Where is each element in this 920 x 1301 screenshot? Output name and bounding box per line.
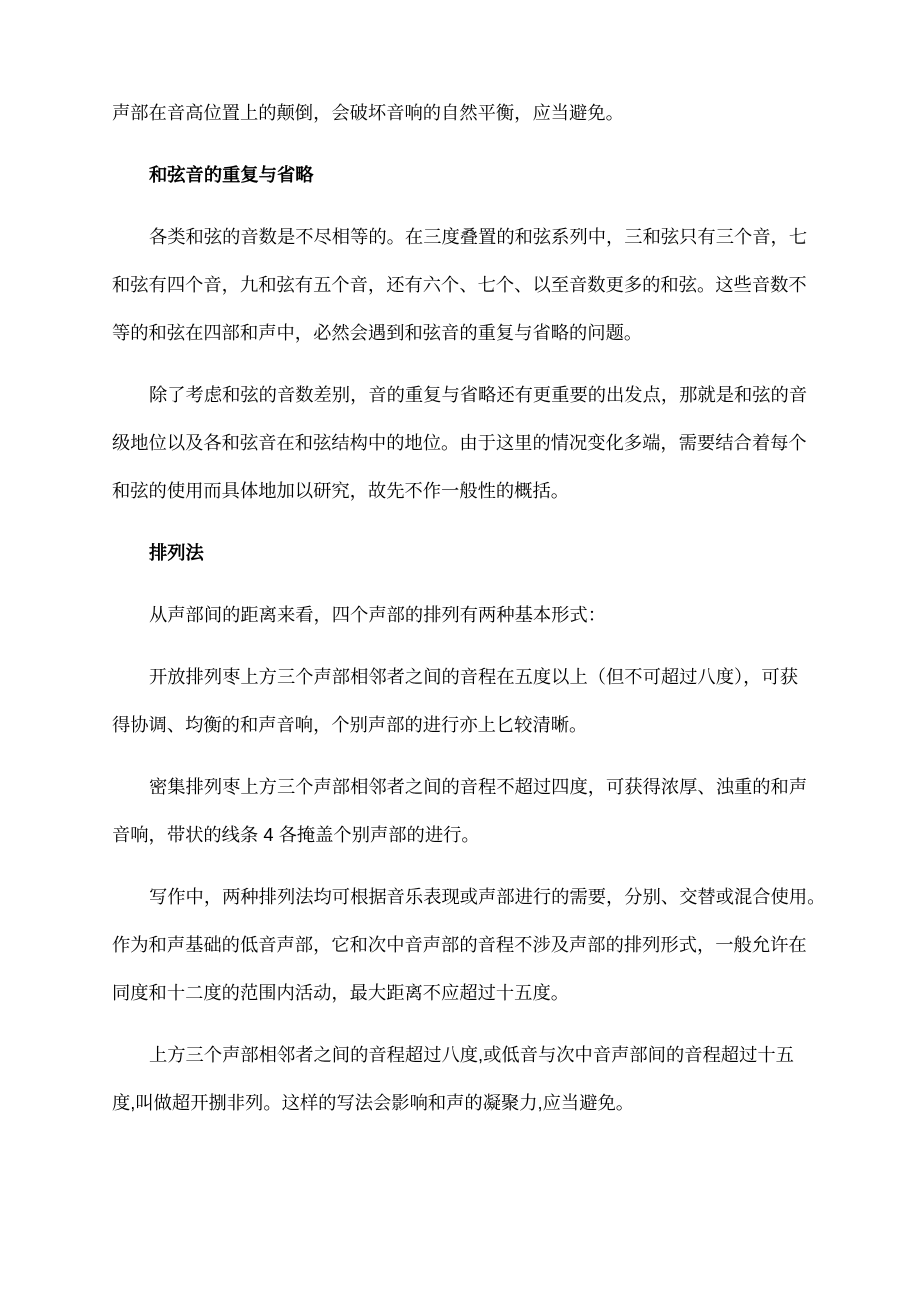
body-paragraph: 声部在音高位置上的颠倒，会破坏音响的自然平衡，应当避免。 — [112, 89, 812, 137]
text-line: 上方三个声部相邻者之间的音程超过八度,或低音与次中音声部间的音程超过十五 — [112, 1031, 812, 1079]
text-line: 从声部间的距离来看，四个声部的排列有两种基本形式： — [112, 591, 812, 639]
body-paragraph: 密集排列枣上方三个声部相邻者之间的音程不超过四度，可获得浓厚、浊重的和声 音响，… — [112, 763, 812, 859]
heading-text: 和弦音的重复与省略 — [112, 151, 812, 199]
section-heading: 和弦音的重复与省略 — [112, 151, 812, 199]
text-line: 级地位以及各和弦音在和弦结构中的地位。由于这里的情况变化多端，需要结合着每个 — [112, 419, 812, 467]
body-paragraph: 从声部间的距离来看，四个声部的排列有两种基本形式： — [112, 591, 812, 639]
body-paragraph: 各类和弦的音数是不尽相等的。在三度叠置的和弦系列中，三和弦只有三个音，七 和弦有… — [112, 213, 812, 357]
document-page: 声部在音高位置上的颠倒，会破坏音响的自然平衡，应当避免。 和弦音的重复与省略 各… — [0, 0, 920, 1301]
text-line: 各类和弦的音数是不尽相等的。在三度叠置的和弦系列中，三和弦只有三个音，七 — [112, 213, 812, 261]
text-line: 声部在音高位置上的颠倒，会破坏音响的自然平衡，应当避免。 — [112, 89, 812, 137]
text-line: 和弦有四个音，九和弦有五个音，还有六个、七个、以至音数更多的和弦。这些音数不 — [112, 261, 812, 309]
text-line: 密集排列枣上方三个声部相邻者之间的音程不超过四度，可获得浓厚、浊重的和声 — [112, 763, 812, 811]
text-line: 开放排列枣上方三个声部相邻者之间的音程在五度以上（但不可超过八度），可获 — [112, 653, 812, 701]
text-line: 同度和十二度的范围内活动，最大距离不应超过十五度。 — [112, 969, 812, 1017]
body-paragraph: 除了考虑和弦的音数差别，音的重复与省略还有更重要的出发点，那就是和弦的音 级地位… — [112, 371, 812, 515]
body-paragraph: 开放排列枣上方三个声部相邻者之间的音程在五度以上（但不可超过八度），可获 得协调… — [112, 653, 812, 749]
text-line: 除了考虑和弦的音数差别，音的重复与省略还有更重要的出发点，那就是和弦的音 — [112, 371, 812, 419]
text-line: 写作中，两种排列法均可根据音乐表现或声部进行的需要，分别、交替或混合使用。 — [112, 873, 812, 921]
body-paragraph: 写作中，两种排列法均可根据音乐表现或声部进行的需要，分别、交替或混合使用。 作为… — [112, 873, 812, 1017]
text-line: 度,叫做超开捌非列。这样的写法会影响和声的凝聚力,应当避免。 — [112, 1079, 812, 1127]
text-line: 音响，带状的线条 4 各掩盖个别声部的进行。 — [112, 811, 812, 859]
text-line: 得协调、均衡的和声音响，个别声部的进行亦上匕较清晰。 — [112, 701, 812, 749]
text-line: 作为和声基础的低音声部，它和次中音声部的音程不涉及声部的排列形式，一般允许在 — [112, 921, 812, 969]
body-paragraph: 上方三个声部相邻者之间的音程超过八度,或低音与次中音声部间的音程超过十五 度,叫… — [112, 1031, 812, 1127]
document-body: 声部在音高位置上的颠倒，会破坏音响的自然平衡，应当避免。 和弦音的重复与省略 各… — [112, 89, 812, 1141]
section-heading: 排列法 — [112, 529, 812, 577]
heading-text: 排列法 — [112, 529, 812, 577]
text-line: 和弦的使用而具体地加以研究，故先不作一般性的概括。 — [112, 467, 812, 515]
text-line: 等的和弦在四部和声中，必然会遇到和弦音的重复与省略的问题。 — [112, 309, 812, 357]
